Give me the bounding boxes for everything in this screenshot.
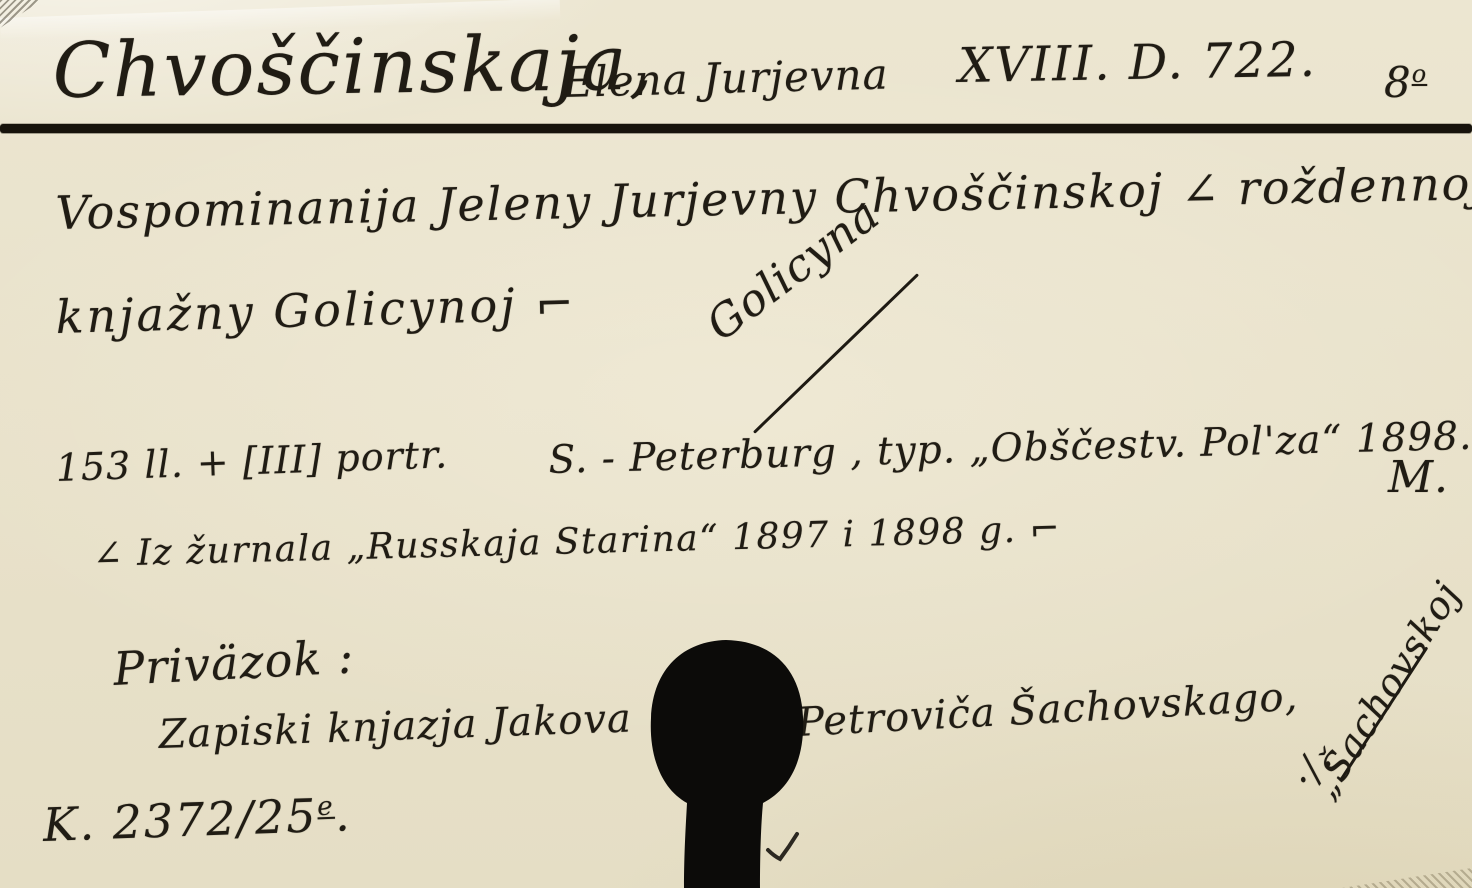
ink-blot-layer [0, 0, 1472, 888]
catalog-card: Chvoščinskaja, Elena Jurjevna XVIII. D. … [0, 0, 1472, 888]
ink-blot [651, 640, 803, 888]
check-mark [768, 834, 797, 859]
